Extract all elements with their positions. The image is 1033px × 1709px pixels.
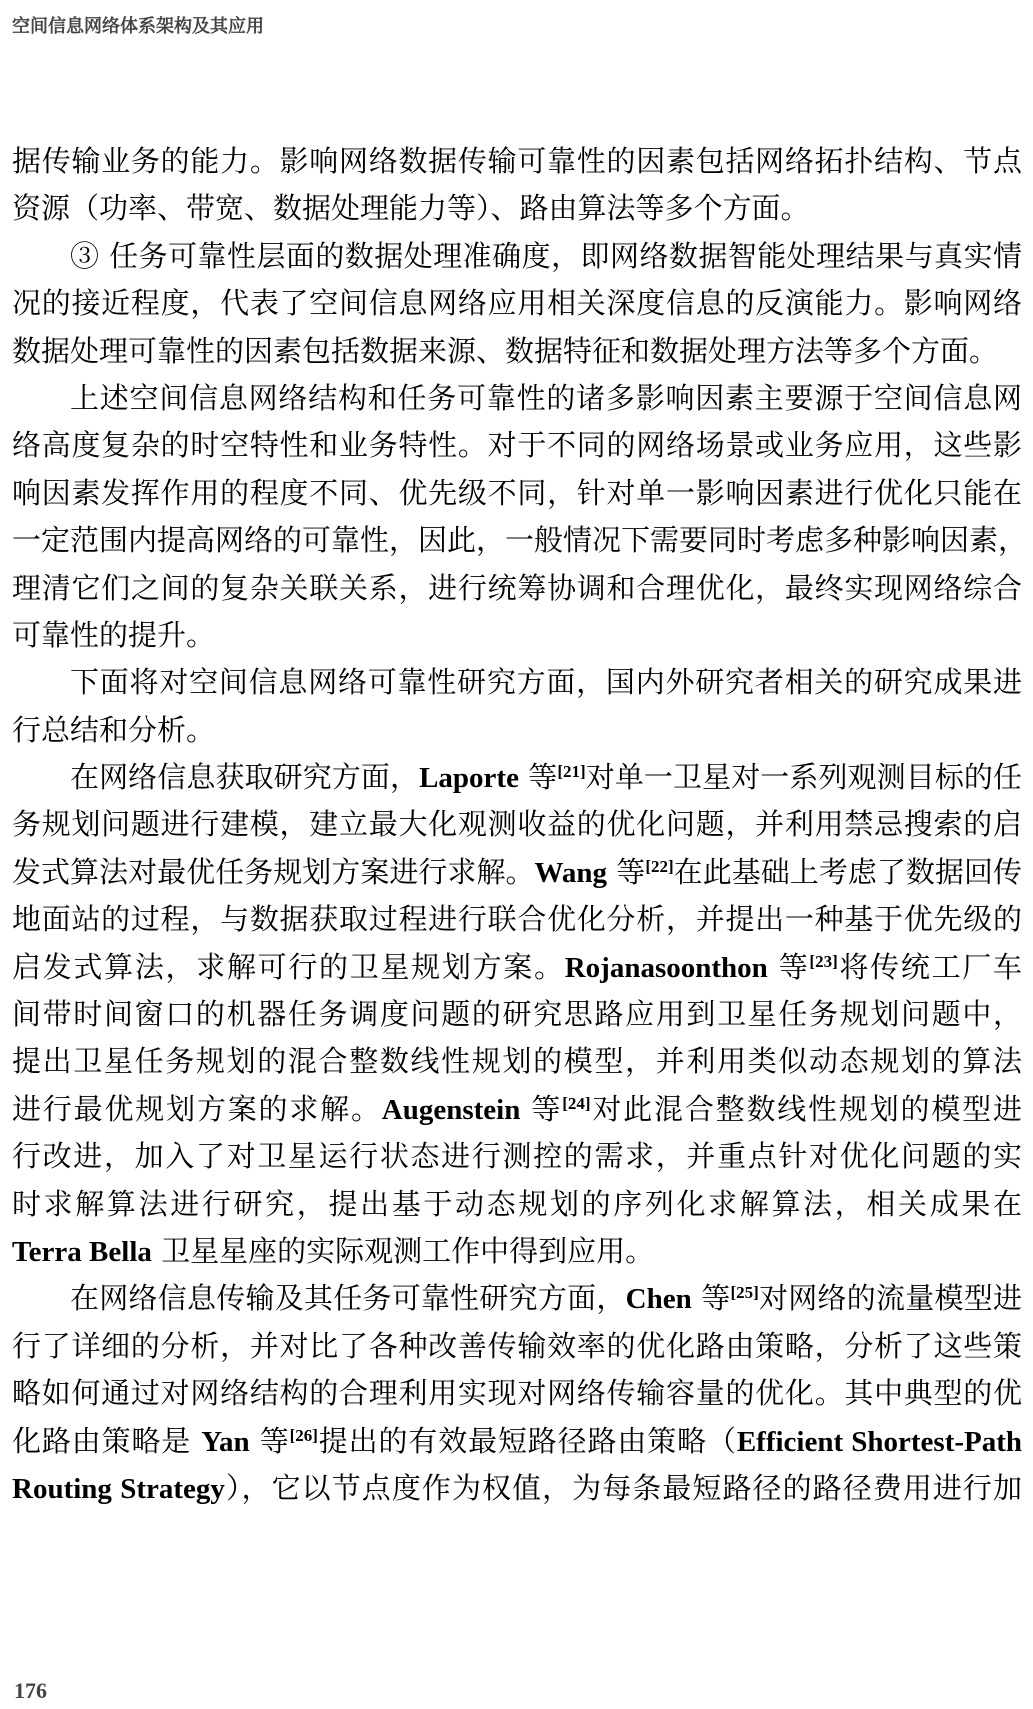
text-line: 地面站的过程，与数据获取过程进行联合优化分析，并提出一种基于优先级的 [12, 896, 1022, 943]
latin-name: Wang [535, 857, 608, 889]
text-segment: 启发式算法，求解可行的卫星规划方案。 [12, 950, 565, 984]
text-segment: 理清它们之间的复杂关联关系，进行统筹协调和合理优化，最终实现网络综合 [12, 571, 1022, 605]
text-line: 一定范围内提高网络的可靠性，因此，一般情况下需要同时考虑多种影响因素， [12, 517, 1022, 564]
text-line: 进行最优规划方案的求解。Augenstein 等[24]对此混合整数线性规划的模… [12, 1086, 1022, 1133]
text-segment: 等 [520, 1092, 562, 1126]
latin-name: Routing Strategy [12, 1473, 225, 1505]
text-line: 务规划问题进行建模，建立最大化观测收益的优化问题，并利用禁忌搜索的启 [12, 801, 1022, 848]
text-line: 略如何通过对网络结构的合理利用实现对网络传输容量的优化。其中典型的优 [12, 1370, 1022, 1417]
text-line: 间带时间窗口的机器任务调度问题的研究思路应用到卫星任务规划问题中， [12, 991, 1022, 1038]
text-line: 提出卫星任务规划的混合整数线性规划的模型，并利用类似动态规划的算法 [12, 1038, 1022, 1085]
citation-reference: [25] [730, 1283, 758, 1302]
text-segment: 地面站的过程，与数据获取过程进行联合优化分析，并提出一种基于优先级的 [12, 902, 1022, 936]
body-text: 据传输业务的能力。影响网络数据传输可靠性的因素包括网络拓扑结构、节点资源（功率、… [12, 138, 1022, 1512]
text-segment: 对此混合整数线性规划的模型进 [591, 1092, 1022, 1126]
text-line: ③ 任务可靠性层面的数据处理准确度，即网络数据智能处理结果与真实情 [12, 233, 1022, 280]
text-line: 行总结和分析。 [12, 707, 1022, 754]
latin-name: Terra Bella [12, 1236, 152, 1268]
text-segment: 等 [692, 1281, 731, 1315]
latin-name: Rojanasoonthon [565, 952, 768, 984]
text-segment: 在网络信息传输及其任务可靠性研究方面， [70, 1281, 626, 1315]
text-line: 在网络信息获取研究方面，Laporte 等[21]对单一卫星对一系列观测目标的任 [12, 754, 1022, 801]
text-segment: 可靠性的提升。 [12, 618, 215, 652]
text-segment: 将传统工厂车 [838, 950, 1022, 984]
text-line: 络高度复杂的时空特性和业务特性。对于不同的网络场景或业务应用，这些影 [12, 422, 1022, 469]
text-segment: 提出的有效最短路径路由策略（ [318, 1424, 737, 1458]
text-segment: ），它以节点度作为权值，为每条最短路径的路径费用进行加 [225, 1471, 1022, 1505]
citation-reference: [22] [645, 857, 673, 876]
text-segment: 等 [607, 855, 645, 889]
text-segment: 在网络信息获取研究方面， [70, 760, 419, 794]
text-line: 时求解算法进行研究，提出基于动态规划的序列化求解算法，相关成果在 [12, 1181, 1022, 1228]
text-line: 资源（功率、带宽、数据处理能力等）、路由算法等多个方面。 [12, 185, 1022, 232]
latin-name: Yan [201, 1426, 249, 1458]
text-segment: 行了详细的分析，并对比了各种改善传输效率的优化路由策略，分析了这些策 [12, 1329, 1022, 1363]
text-line: 况的接近程度，代表了空间信息网络应用相关深度信息的反演能力。影响网络 [12, 280, 1022, 327]
text-segment: 上述空间信息网络结构和任务可靠性的诸多影响因素主要源于空间信息网 [70, 381, 1022, 415]
text-segment: 下面将对空间信息网络可靠性研究方面，国内外研究者相关的研究成果进 [70, 665, 1022, 699]
text-segment: 络高度复杂的时空特性和业务特性。对于不同的网络场景或业务应用，这些影 [12, 428, 1022, 462]
text-line: 据传输业务的能力。影响网络数据传输可靠性的因素包括网络拓扑结构、节点 [12, 138, 1022, 185]
text-segment: 资源（功率、带宽、数据处理能力等）、路由算法等多个方面。 [12, 191, 810, 225]
text-segment: 行总结和分析。 [12, 713, 215, 747]
text-line: 下面将对空间信息网络可靠性研究方面，国内外研究者相关的研究成果进 [12, 659, 1022, 706]
text-line: Routing Strategy），它以节点度作为权值，为每条最短路径的路径费用… [12, 1465, 1022, 1512]
text-segment: 据传输业务的能力。影响网络数据传输可靠性的因素包括网络拓扑结构、节点 [12, 144, 1022, 178]
text-line: 化路由策略是 Yan 等[26]提出的有效最短路径路由策略（Efficient … [12, 1418, 1022, 1465]
page-number: 176 [14, 1678, 47, 1704]
text-segment: 在此基础上考虑了数据回传 [674, 855, 1022, 889]
text-segment: 等 [519, 760, 557, 794]
text-line: 上述空间信息网络结构和任务可靠性的诸多影响因素主要源于空间信息网 [12, 375, 1022, 422]
latin-name: Laporte [419, 762, 519, 794]
text-segment: 对单一卫星对一系列观测目标的任 [586, 760, 1022, 794]
running-header: 空间信息网络体系架构及其应用 [12, 12, 264, 38]
text-segment: 卫星星座的实际观测工作中得到应用。 [152, 1234, 654, 1268]
text-segment: 一定范围内提高网络的可靠性，因此，一般情况下需要同时考虑多种影响因素， [12, 523, 1027, 557]
text-segment: 务规划问题进行建模，建立最大化观测收益的优化问题，并利用禁忌搜索的启 [12, 807, 1022, 841]
text-segment: 间带时间窗口的机器任务调度问题的研究思路应用到卫星任务规划问题中， [12, 997, 1022, 1031]
text-line: 数据处理可靠性的因素包括数据来源、数据特征和数据处理方法等多个方面。 [12, 328, 1022, 375]
text-segment: 等 [768, 950, 810, 984]
citation-reference: [23] [809, 952, 837, 971]
text-line: 可靠性的提升。 [12, 612, 1022, 659]
text-segment: 等 [250, 1424, 290, 1458]
text-line: 行了详细的分析，并对比了各种改善传输效率的优化路由策略，分析了这些策 [12, 1323, 1022, 1370]
text-line: 理清它们之间的复杂关联关系，进行统筹协调和合理优化，最终实现网络综合 [12, 565, 1022, 612]
text-segment: 略如何通过对网络结构的合理利用实现对网络传输容量的优化。其中典型的优 [12, 1376, 1022, 1410]
latin-name: Augenstein [382, 1094, 521, 1126]
latin-name: Efficient Shortest-Path [737, 1426, 1022, 1458]
text-segment: ③ 任务可靠性层面的数据处理准确度，即网络数据智能处理结果与真实情 [70, 239, 1022, 273]
latin-name: Chen [626, 1283, 692, 1315]
text-segment: 行改进，加入了对卫星运行状态进行测控的需求，并重点针对优化问题的实 [12, 1139, 1022, 1173]
text-line: 行改进，加入了对卫星运行状态进行测控的需求，并重点针对优化问题的实 [12, 1133, 1022, 1180]
text-segment: 时求解算法进行研究，提出基于动态规划的序列化求解算法，相关成果在 [12, 1187, 1022, 1221]
citation-reference: [26] [290, 1426, 318, 1445]
text-segment: 对网络的流量模型进 [759, 1281, 1022, 1315]
text-segment: 况的接近程度，代表了空间信息网络应用相关深度信息的反演能力。影响网络 [12, 286, 1022, 320]
text-line: 在网络信息传输及其任务可靠性研究方面，Chen 等[25]对网络的流量模型进 [12, 1275, 1022, 1322]
text-segment: 响因素发挥作用的程度不同、优先级不同，针对单一影响因素进行优化只能在 [12, 476, 1022, 510]
citation-reference: [24] [562, 1094, 590, 1113]
text-line: 响因素发挥作用的程度不同、优先级不同，针对单一影响因素进行优化只能在 [12, 470, 1022, 517]
text-segment: 数据处理可靠性的因素包括数据来源、数据特征和数据处理方法等多个方面。 [12, 334, 998, 368]
text-segment: 发式算法对最优任务规划方案进行求解。 [12, 855, 535, 889]
text-line: 启发式算法，求解可行的卫星规划方案。Rojanasoonthon 等[23]将传… [12, 944, 1022, 991]
text-segment: 化路由策略是 [12, 1424, 201, 1458]
text-line: 发式算法对最优任务规划方案进行求解。Wang 等[22]在此基础上考虑了数据回传 [12, 849, 1022, 896]
citation-reference: [21] [557, 762, 585, 781]
text-line: Terra Bella 卫星星座的实际观测工作中得到应用。 [12, 1228, 1022, 1275]
text-segment: 进行最优规划方案的求解。 [12, 1092, 382, 1126]
text-segment: 提出卫星任务规划的混合整数线性规划的模型，并利用类似动态规划的算法 [12, 1044, 1022, 1078]
